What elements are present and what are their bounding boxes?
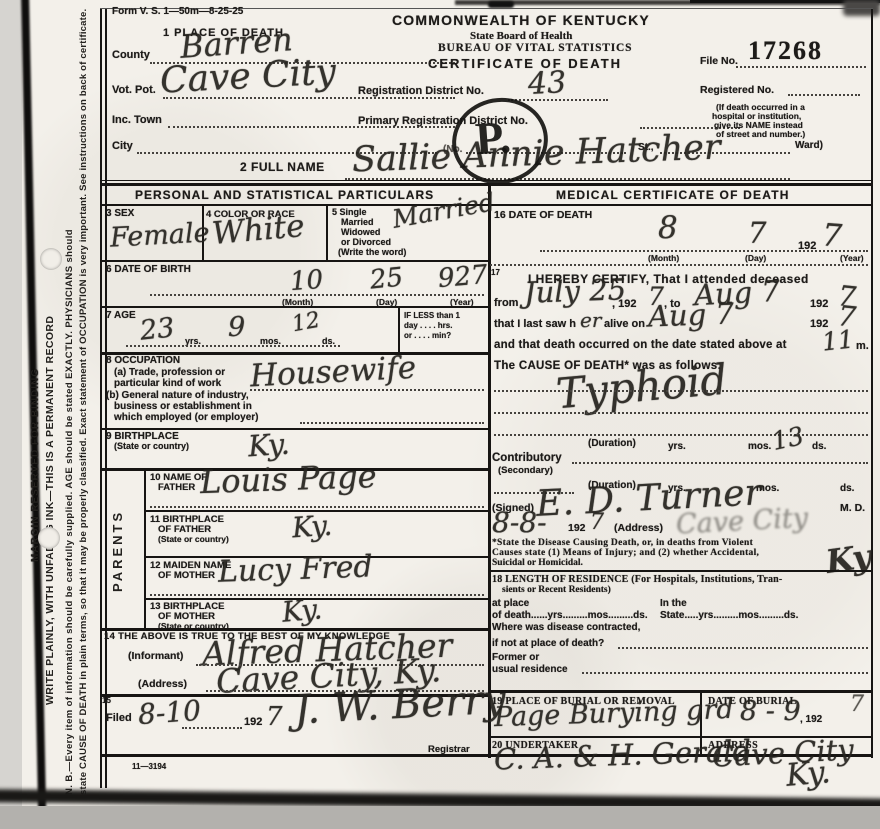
full-name-label: 2 FULL NAME — [240, 160, 325, 174]
parents-divider — [144, 468, 146, 628]
parents-side-label: PARENTS — [110, 500, 125, 592]
certify-saw-value: Aug 7 — [647, 297, 734, 334]
signed-md-caption: M. D. — [840, 502, 865, 514]
precinct-value: Cave City — [159, 51, 337, 101]
signed-year-hw: 7 — [590, 510, 604, 535]
dod-month-caption: (Month) — [648, 253, 679, 263]
marital-label-line2: Married — [341, 217, 374, 227]
burial-year-printed: , 192 — [800, 714, 822, 725]
registration-district-value: 43 — [527, 65, 567, 102]
occupation-value: Housewife — [249, 350, 417, 395]
cause-ds-caption: ds. — [812, 441, 826, 452]
filed-date-value: 8-10 — [137, 694, 202, 731]
color-race-value: White — [211, 208, 306, 252]
hospital-note-line4: of street and number.) — [716, 129, 805, 139]
certify-occurred-m: m. — [856, 340, 869, 352]
residence-line1: 18 LENGTH OF RESIDENCE (For Hospitals, I… — [492, 574, 782, 585]
occupation-b-line1: (b) General nature of industry, — [106, 390, 249, 401]
dod-year-caption: (Year) — [840, 253, 864, 263]
bottom-scan-strip — [0, 806, 880, 829]
header-bottom-rule-thick — [100, 183, 873, 186]
personal-section-title: PERSONAL AND STATISTICAL PARTICULARS — [135, 188, 434, 202]
filed-number: 15 — [102, 696, 111, 705]
mother-name-value: Lucy Fred — [217, 549, 373, 589]
residence-line2: sients or Recent Residents) — [502, 585, 611, 595]
row-rule — [100, 260, 489, 262]
cause-duration-caption: (Duration) — [588, 438, 636, 449]
city-label: City — [112, 140, 133, 152]
cause-duration-days-value: 13 — [769, 421, 806, 456]
filed-label: Filed — [106, 712, 132, 724]
signed-address-value: Cave City — [675, 503, 808, 541]
if-less-line1: IF LESS than 1 — [404, 311, 460, 320]
cause-mos-caption: mos. — [748, 441, 771, 452]
dod-year-printed: 192 — [798, 240, 816, 252]
margin-permanent-record-note: WRITE PLAINLY, WITH UNFADING INK—THIS IS… — [44, 265, 56, 705]
age-months-value: 9 — [228, 312, 245, 343]
informant-caption: (Informant) — [128, 650, 183, 662]
state-board-heading: State Board of Health — [470, 30, 572, 42]
age-years-value: 23 — [138, 312, 175, 346]
residence-at-place: at place — [492, 598, 529, 609]
cause-dotted-line3 — [494, 434, 868, 436]
contributory-label: Contributory — [492, 452, 562, 464]
dob-year-value: 927 — [437, 260, 489, 294]
footnote-ky-handwritten: Ky — [824, 537, 874, 581]
cause-dotted-line1 — [494, 390, 868, 392]
dod-label: 16 DATE OF DEATH — [494, 209, 592, 221]
cause-yrs-caption: yrs. — [668, 441, 686, 452]
certificate-heading: CERTIFICATE OF DEATH — [428, 56, 622, 71]
certify-saw-er: er — [580, 308, 601, 332]
age-ifless-divider — [398, 306, 400, 352]
marital-label-line1: 5 Single — [332, 207, 367, 217]
margin-nb-note-line1: N. B.—Every item of information should b… — [64, 25, 75, 795]
row-rule — [488, 690, 873, 693]
registered-no-label: Registered No. — [700, 84, 774, 96]
residence-former-line2: usual residence — [492, 664, 568, 675]
father-name-dotted-line — [150, 506, 484, 508]
marital-label-line4: or Divorced — [341, 237, 391, 247]
scanned-death-certificate: MARGIN RESERVED FOR BINDING WRITE PLAINL… — [0, 0, 880, 829]
form-number: Form V. S. 1—50m—8-25-25 — [112, 6, 243, 17]
footnote-line2: Causes state (1) Means of Injury; and (2… — [492, 548, 759, 558]
residence-right-line: State.....yrs.........mos.........ds. — [660, 610, 798, 621]
residence-contracted-dotted — [618, 647, 868, 649]
color-marital-divider — [326, 206, 328, 260]
mother-bp-value: Ky. — [281, 592, 324, 628]
occupation-b-line3: which employed (or employer) — [114, 412, 258, 423]
punch-hole — [40, 248, 62, 270]
file-no-value: 17268 — [748, 36, 823, 66]
left-scan-strip — [0, 0, 22, 829]
undertaker-address-value: Cave City — [711, 732, 854, 773]
certify-occurred-value: 11 — [821, 324, 856, 356]
certify-from-year-printed: , 192 — [612, 298, 636, 310]
marital-label-line3: Widowed — [341, 227, 380, 237]
informant-address-caption: (Address) — [138, 678, 187, 690]
burial-year-hw: 7 — [850, 692, 864, 717]
undertaker-address-ky: Ky. — [785, 754, 832, 794]
file-no-label: File No. — [700, 55, 738, 67]
signed-date-value: 8-8- — [492, 506, 547, 539]
p-stamp-letter: P. — [474, 110, 513, 165]
dob-month-value: 10 — [289, 265, 324, 297]
commonwealth-heading: COMMONWEALTH OF KENTUCKY — [392, 12, 650, 28]
footnote-line1: *State the Disease Causing Death, or, in… — [492, 538, 753, 548]
margin-nb-note-line2: state CAUSE OF DEATH in plain terms, so … — [78, 25, 89, 795]
row-rule — [100, 428, 489, 430]
registration-district-label: Registration District No. — [358, 85, 484, 97]
dod-year-handwritten: 7 — [821, 217, 843, 254]
occupation-a-line2: particular kind of work — [114, 378, 221, 389]
age-dotted-line — [126, 345, 340, 347]
marital-label-line5: (Write the word) — [338, 247, 406, 257]
dod-day-value: 7 — [748, 216, 766, 250]
birthplace-value: Ky. — [247, 427, 291, 464]
row-rule — [488, 570, 873, 572]
punch-hole — [38, 527, 60, 549]
row-rule — [100, 306, 489, 308]
filed-year-handwritten: 7 — [266, 702, 283, 732]
residence-former-dotted — [582, 672, 868, 674]
burial-date-value: 8 - 9 — [740, 696, 801, 727]
sex-value: Female — [109, 217, 210, 253]
top-center-ink-blob — [488, 1, 514, 8]
age-days-value: 12 — [290, 308, 322, 337]
age-label: 7 AGE — [106, 310, 136, 321]
signed-year-printed: 192 — [568, 522, 586, 534]
dod-dotted-line — [540, 250, 868, 252]
sex-label: 3 SEX — [106, 208, 134, 219]
city-ward-caption: Ward) — [795, 140, 823, 151]
occupation-b-line2: business or establishment in — [114, 401, 252, 412]
occupation-a-line1: (a) Trade, profession or — [114, 367, 225, 378]
filed-dotted-line — [182, 727, 242, 729]
residence-contracted-line2: if not at place of death? — [492, 638, 604, 649]
certify-to-year-printed: 192 — [810, 298, 828, 310]
registered-no-dotted-line — [788, 94, 860, 96]
bureau-heading: BUREAU OF VITAL STATISTICS — [438, 42, 632, 54]
certify-saw-label2: alive on — [604, 318, 645, 330]
form-border-right — [871, 8, 873, 758]
certify-from-label: from — [494, 297, 518, 309]
certify-number: 17 — [491, 268, 500, 277]
father-bp-value: Ky. — [291, 509, 333, 545]
birthplace-sub-label: (State or country) — [114, 441, 189, 451]
certify-saw-label1: that I last saw h — [494, 318, 576, 330]
filed-year-printed: 192 — [244, 716, 262, 728]
form-code: 11—3194 — [132, 762, 166, 771]
residence-in-the: In the — [660, 598, 687, 609]
certify-occurred-label: and that death occurred on the date stat… — [494, 339, 787, 351]
medical-section-title: MEDICAL CERTIFICATE OF DEATH — [556, 188, 790, 202]
father-name-value: Louis Page — [199, 457, 377, 501]
county-label: County — [112, 49, 150, 61]
certify-top-dotted-line — [490, 264, 868, 266]
father-name-label-line2: FATHER — [158, 482, 195, 493]
inc-town-label: Inc. Town — [112, 114, 162, 126]
precinct-label: Vot. Pot. — [112, 84, 156, 96]
if-less-line2: day . . . . hrs. — [404, 321, 452, 330]
footnote-line3: Suicidal or Homicidal. — [492, 558, 583, 568]
contributory-sub-label: (Secondary) — [498, 465, 553, 476]
occupation-b-dotted-line — [300, 422, 484, 424]
father-bp-label-line3: (State or country) — [158, 534, 229, 544]
residence-left-line: of death......yrs.........mos.........ds… — [492, 610, 648, 621]
mother-name-label-line2: OF MOTHER — [158, 570, 215, 581]
signed-address-caption: (Address) — [614, 522, 663, 534]
file-no-dotted-line — [736, 66, 866, 68]
contributory-ds-caption: ds. — [840, 483, 854, 494]
dod-month-value: 8 — [658, 210, 678, 246]
occupation-label: 8 OCCUPATION — [106, 355, 180, 366]
registrar-signature: J. W. Berry — [293, 676, 507, 733]
cause-dotted-line2 — [494, 412, 868, 414]
dob-day-value: 25 — [369, 262, 405, 295]
dod-day-caption: (Day) — [745, 253, 766, 263]
form-border-left — [100, 8, 102, 788]
residence-former-line1: Former or — [492, 652, 539, 663]
if-less-line3: or . . . . min? — [404, 331, 451, 340]
header-bottom-rule-thin — [100, 180, 873, 181]
contributory-dotted-line — [572, 462, 868, 464]
residence-contracted-line1: Where was disease contracted, — [492, 622, 640, 633]
dob-label: 6 DATE OF BIRTH — [106, 264, 191, 275]
